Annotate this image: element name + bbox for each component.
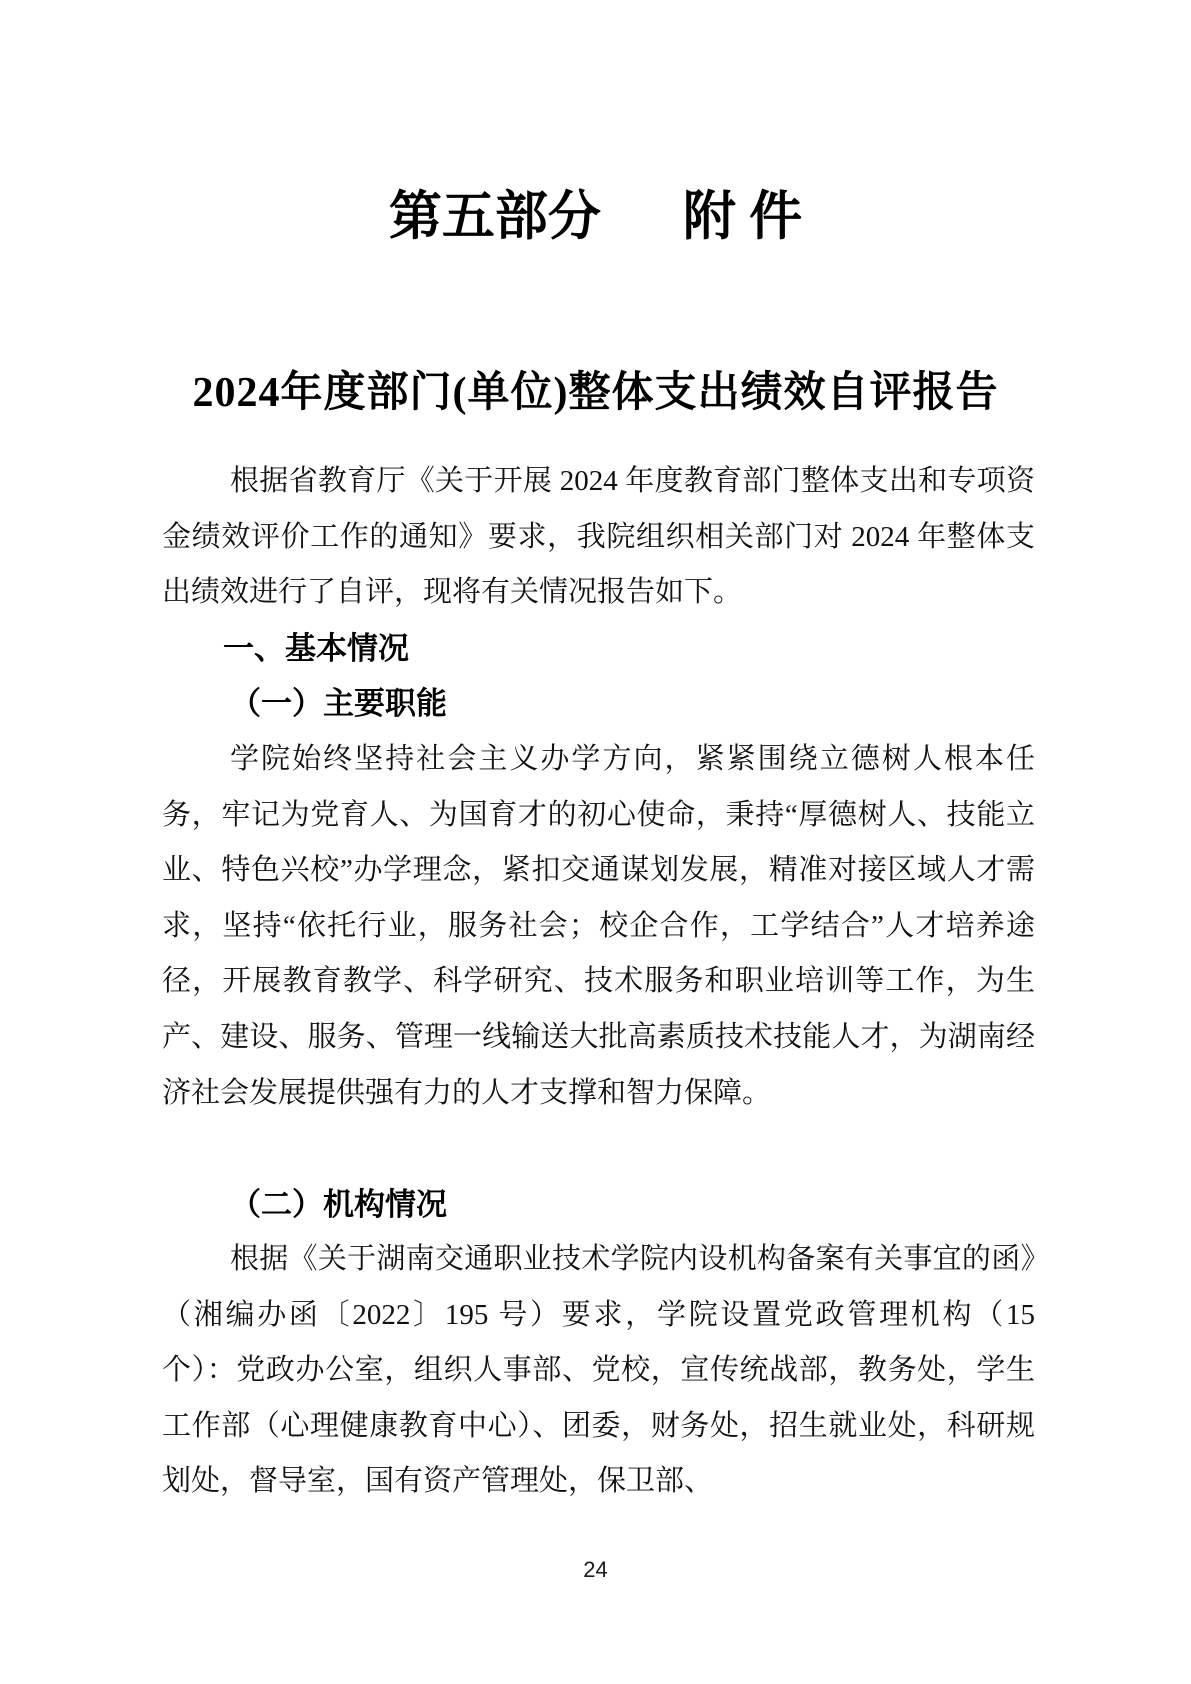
organization-paragraph: 根据《关于湖南交通职业技术学院内设机构备案有关事宜的函》（湘编办函〔2022〕1… [162, 1232, 1035, 1510]
intro-paragraph: 根据省教育厅《关于开展 2024 年度教育部门整体支出和专项资金绩效评价工作的通… [162, 454, 1035, 621]
heading-basic-info: 一、基本情况 [162, 621, 1096, 677]
page-number: 24 [0, 1556, 1191, 1584]
document-page: 第五部分附 件 2024年度部门(单位)整体支出绩效自评报告 根据省教育厅《关于… [0, 0, 1191, 1684]
report-title: 2024年度部门(单位)整体支出绩效自评报告 [0, 365, 1191, 421]
section-title-part1: 第五部分 [389, 188, 601, 246]
main-functions-paragraph: 学院始终坚持社会主义办学方向，紧紧围绕立德树人根本任务，牢记为党育人、为国育才的… [162, 732, 1035, 1121]
section-title-part2: 附 件 [683, 188, 802, 246]
heading-organization: （二）机构情况 [162, 1177, 1103, 1233]
heading-main-functions: （一）主要职能 [162, 676, 1103, 732]
section-title: 第五部分附 件 [0, 184, 1191, 250]
